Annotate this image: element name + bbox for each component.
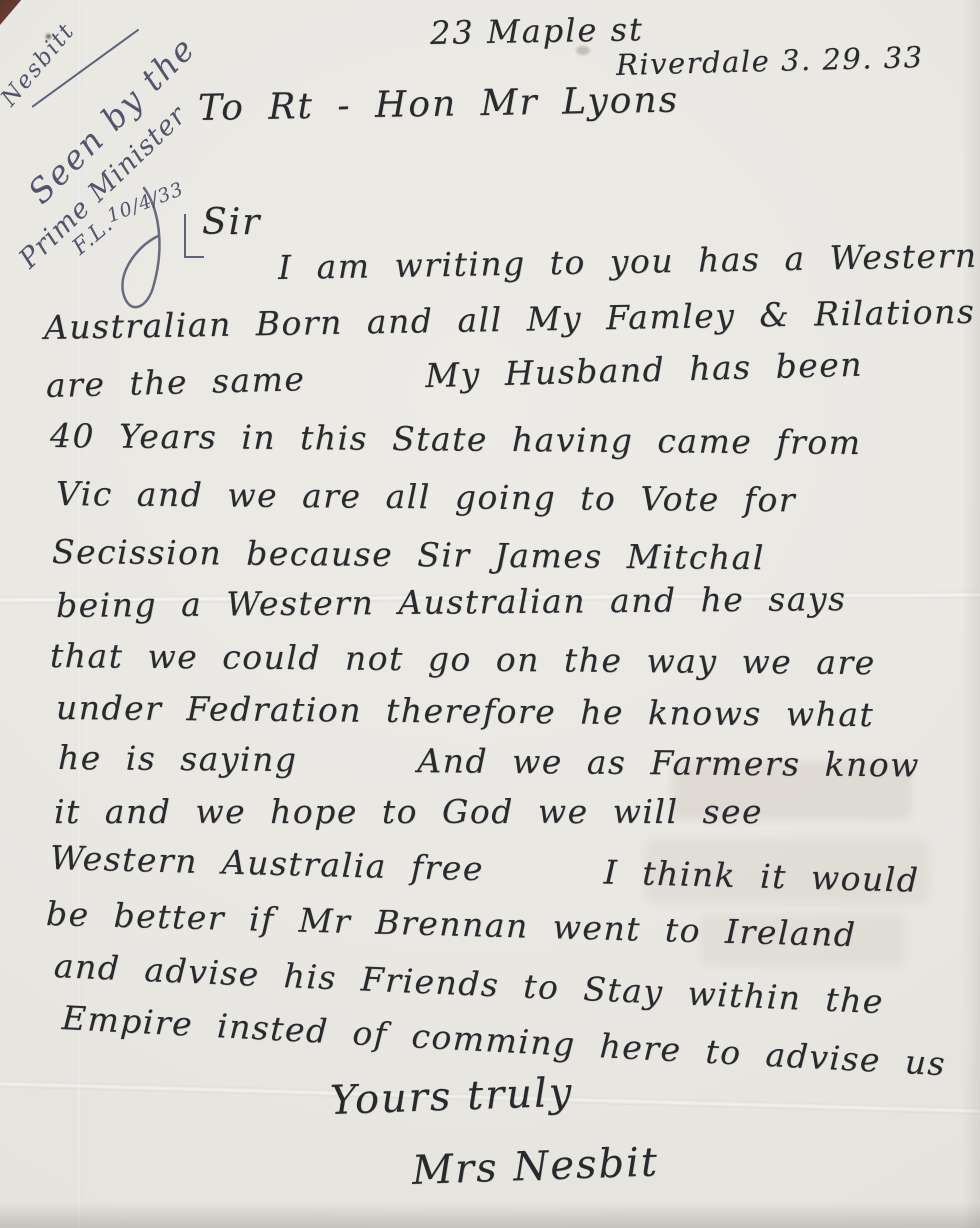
letter-body-line-1: I am writing to you has a Western [278,236,978,287]
letter-body-line-4: 40 Years in this State having came from [50,416,862,462]
paper-edge-shadow-bottom [0,1202,980,1228]
letter-address: 23 Maple st [430,10,644,52]
annotation-nesbitt: Nesbitt [0,18,80,111]
letter-place-date: Riverdale 3. 29. 33 [616,40,924,82]
corner-stain [0,0,28,32]
letter-recipient-line: To Rt - Hon Mr Lyons [198,80,680,129]
letter-valediction: Yours truly [329,1070,574,1124]
letter-greeting: Sir [202,202,261,243]
letter-body-line-8: that we could not go on the way we are [50,636,876,682]
letter-body-line-3: are the same My Husband has been [45,345,863,405]
letter-body-line-9: under Fedration therefore he knows what [56,688,875,734]
letter-body-line-5: Vic and we are all going to Vote for [56,474,796,519]
letter-page: Nesbitt Seen by the Prime Minister F.L. … [0,0,980,1228]
letter-body-line-11: it and we hope to God we will see [54,792,763,831]
letter-signature: Mrs Nesbit [411,1139,659,1194]
letter-body-line-10: he is saying And we as Farmers know [58,738,920,785]
letter-body-line-6: Secission because Sir James Mitchal [52,532,765,577]
paper-edge-shadow-right [962,0,980,1228]
letter-body-line-7: being a Western Australian and he says [56,579,847,625]
